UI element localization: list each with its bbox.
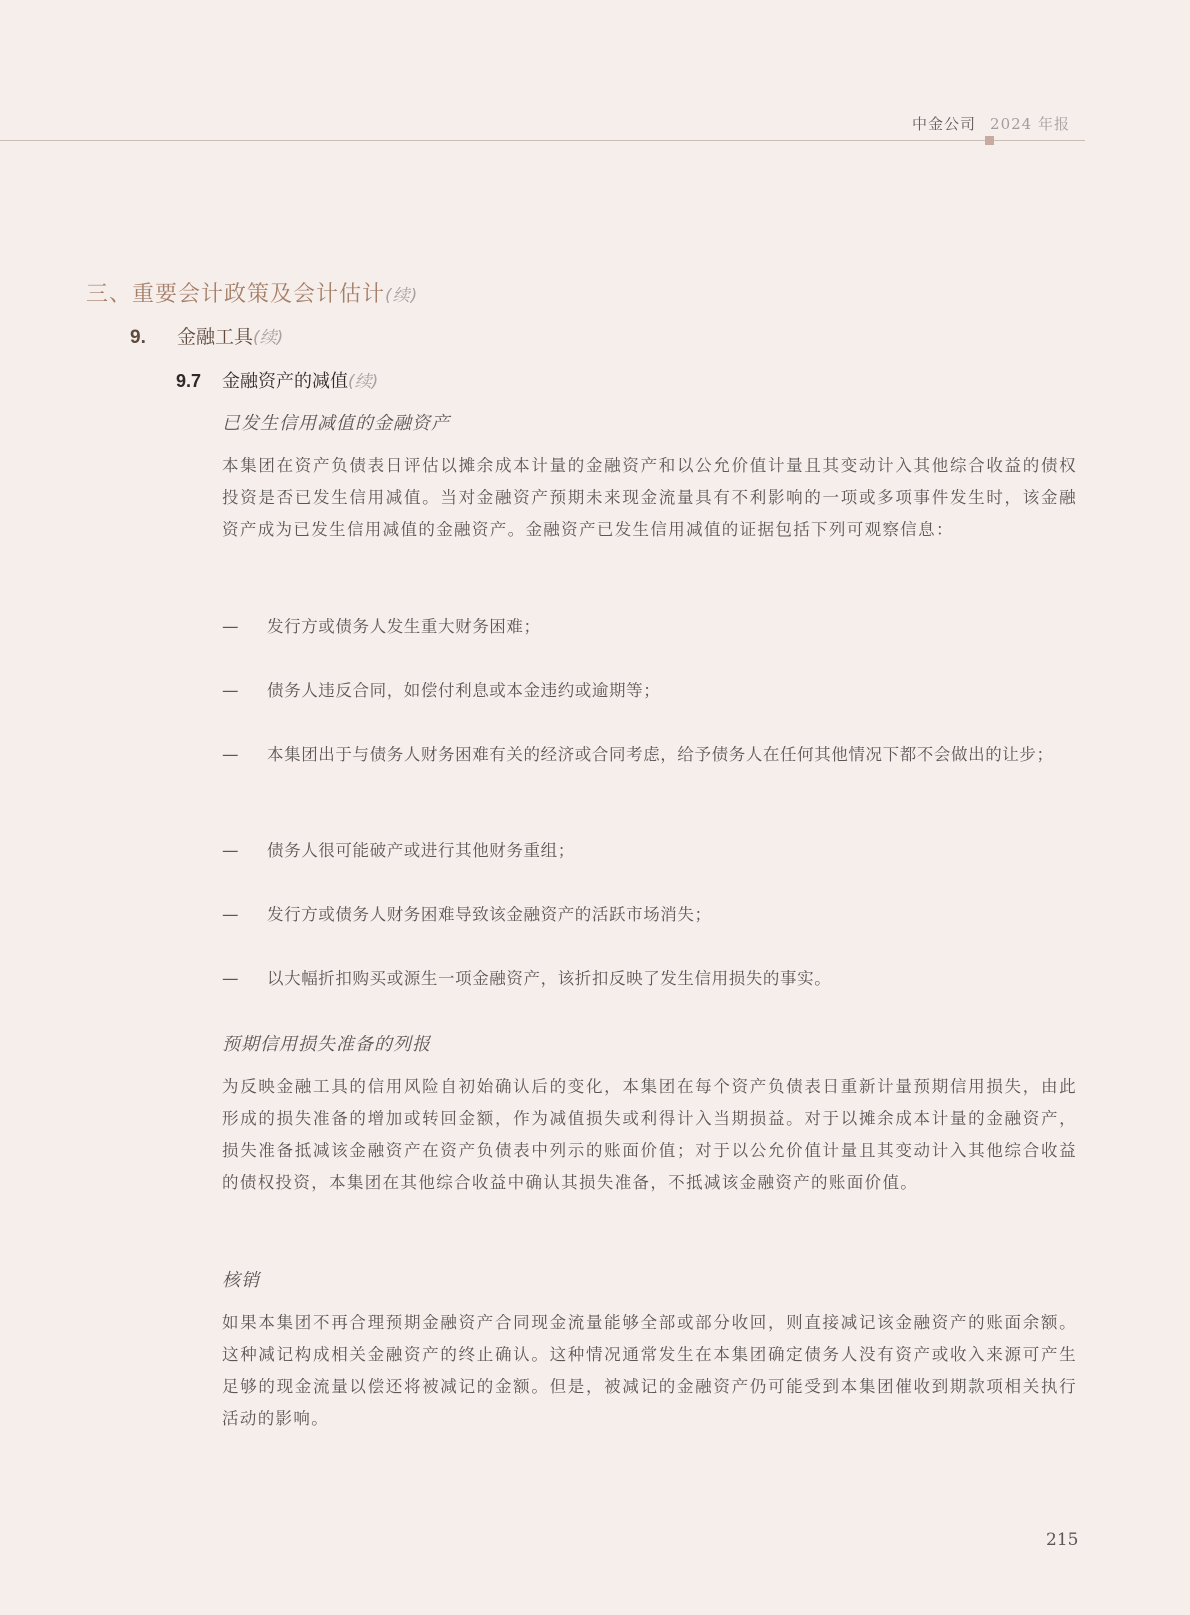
subsubsection-continued: (续) [348, 372, 378, 392]
dash-bullet-icon: — [222, 739, 239, 771]
section-title: 三、重要会计政策及会计估计 [86, 282, 385, 307]
list-item-text: 以大幅折扣购买或源生一项金融资产，该折扣反映了发生信用损失的事实。 [267, 963, 1077, 995]
write-off-paragraph: 如果本集团不再合理预期金融资产合同现金流量能够全部或部分收回，则直接减记该金融资… [222, 1307, 1077, 1435]
list-item-text: 债务人违反合同，如偿付利息或本金违约或逾期等； [267, 675, 1077, 707]
dash-bullet-icon: — [222, 611, 239, 643]
dash-bullet-icon: — [222, 963, 239, 995]
list-item: — 发行方或债务人发生重大财务困难； [222, 611, 1077, 643]
subsubsection-heading: 9.7金融资产的减值(续) [176, 367, 378, 393]
subsection-continued: (续) [253, 328, 283, 348]
header-report-title: 2024 年报 [990, 115, 1070, 133]
dash-bullet-icon: — [222, 899, 239, 931]
dash-bullet-icon: — [222, 675, 239, 707]
list-item: — 发行方或债务人财务困难导致该金融资产的活跃市场消失； [222, 899, 1077, 931]
page-number: 215 [1046, 1530, 1078, 1550]
subsubsection-title: 金融资产的减值 [222, 371, 348, 392]
subsection-heading: 9.金融工具(续) [130, 322, 283, 349]
list-item-text: 发行方或债务人财务困难导致该金融资产的活跃市场消失； [267, 899, 1077, 931]
header-square-marker-icon [985, 136, 994, 145]
section-heading: 三、重要会计政策及会计估计(续) [86, 277, 418, 308]
list-item: — 以大幅折扣购买或源生一项金融资产，该折扣反映了发生信用损失的事实。 [222, 963, 1077, 995]
subsection-number: 9. [130, 327, 177, 349]
list-item-text: 债务人很可能破产或进行其他财务重组； [267, 835, 1077, 867]
credit-impaired-paragraph: 本集团在资产负债表日评估以摊余成本计量的金融资产和以公允价值计量且其变动计入其他… [222, 450, 1077, 546]
presentation-paragraph: 为反映金融工具的信用风险自初始确认后的变化，本集团在每个资产负债表日重新计量预期… [222, 1071, 1077, 1199]
list-item: — 债务人违反合同，如偿付利息或本金违约或逾期等； [222, 675, 1077, 707]
presentation-heading: 预期信用损失准备的列报 [222, 1030, 431, 1056]
subsubsection-number: 9.7 [176, 371, 222, 392]
write-off-heading: 核销 [222, 1266, 260, 1292]
section-continued: (续) [385, 286, 418, 306]
header-company: 中金公司 [912, 115, 976, 133]
dash-bullet-icon: — [222, 835, 239, 867]
header-rule-divider [0, 140, 1085, 141]
running-header: 中金公司2024 年报 [912, 113, 1070, 134]
list-item: — 债务人很可能破产或进行其他财务重组； [222, 835, 1077, 867]
list-item-text: 发行方或债务人发生重大财务困难； [267, 611, 1077, 643]
list-item-text: 本集团出于与债务人财务困难有关的经济或合同考虑，给予债务人在任何其他情况下都不会… [267, 739, 1077, 771]
subsection-title: 金融工具 [177, 326, 253, 348]
list-item: — 本集团出于与债务人财务困难有关的经济或合同考虑，给予债务人在任何其他情况下都… [222, 739, 1077, 771]
credit-impaired-heading: 已发生信用减值的金融资产 [222, 409, 450, 435]
